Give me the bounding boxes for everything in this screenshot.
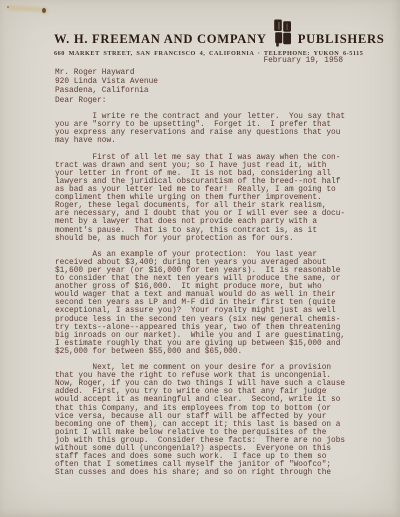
date-line: February 19, 1958: [263, 57, 343, 65]
letter-page: W. H. FREEMAN AND COMPANY PUBLISHERS 660…: [0, 0, 400, 517]
publishers-label: PUBLISHERS: [298, 32, 385, 47]
salutation: Dear Roger:: [55, 97, 357, 105]
company-name: W. H. FREEMAN AND COMPANY: [54, 32, 267, 47]
paragraph-4: Next, let me comment on your desire for …: [55, 364, 357, 477]
paper-stain-speck: [7, 6, 9, 8]
paragraph-1: I write re the contract and your letter.…: [55, 113, 357, 145]
paragraph-2: First of all let me say that I was away …: [55, 154, 357, 243]
letterhead-address: 660 MARKET STREET, SAN FRANCISCO 4, CALI…: [54, 50, 354, 57]
paper-stain-dot: [42, 8, 46, 13]
recipient-address-block: Mr. Roger Hayward 920 Linda Vista Avenue…: [55, 69, 158, 95]
freeman-colophon-books-icon: [273, 19, 292, 52]
paper-stain-streak: [7, 5, 41, 12]
letter-body: Dear Roger: I write re the contract and …: [55, 97, 357, 486]
paragraph-3: As an example of your protection: You la…: [55, 251, 357, 356]
